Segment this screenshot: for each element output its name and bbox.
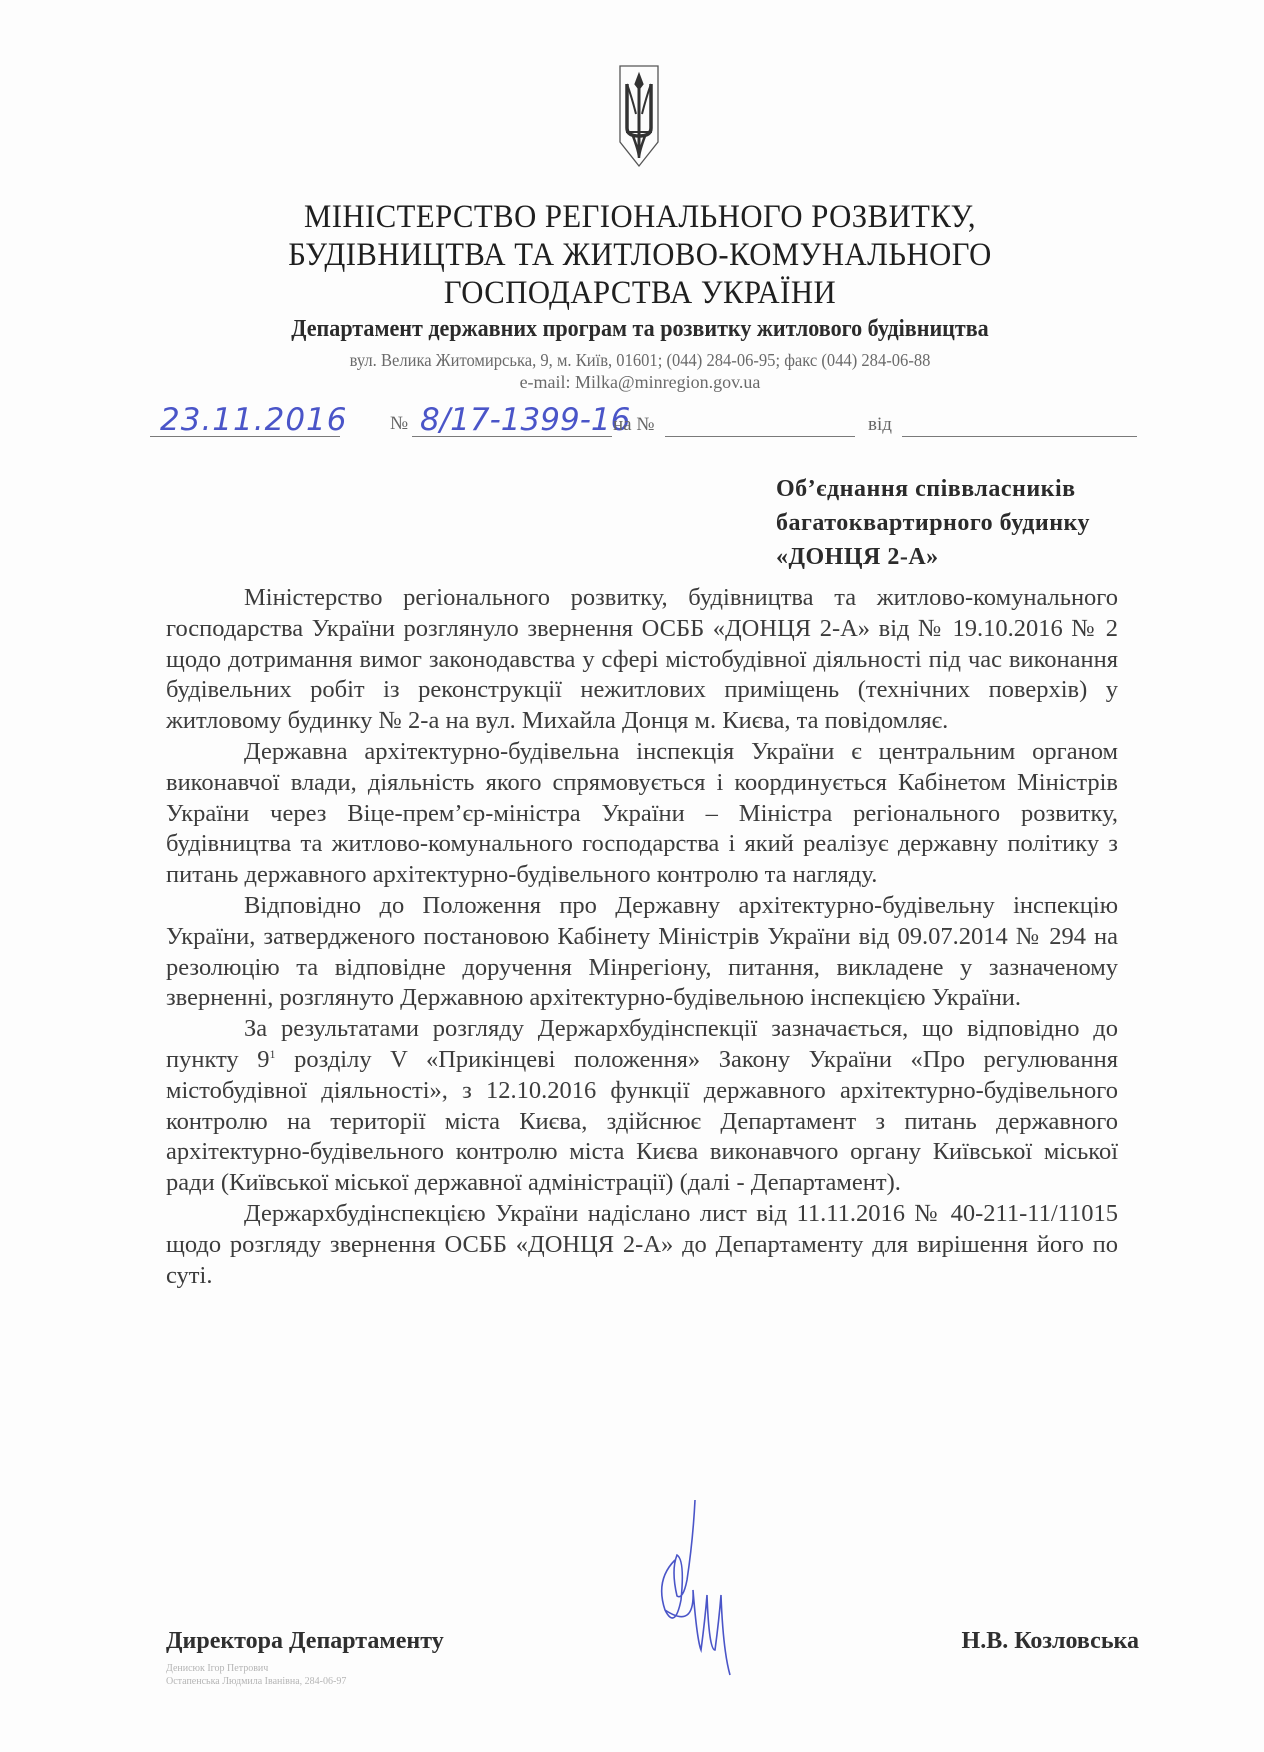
department-name: Департамент державних програм та розвитк… — [189, 316, 1091, 343]
number-label: № — [390, 413, 408, 435]
ministry-title-line-2: БУДІВНИЦТВА ТА ЖИТЛОВО-КОМУНАЛЬНОГО — [184, 236, 1095, 274]
ministry-address: вул. Велика Житомирська, 9, м. Київ, 016… — [189, 350, 1091, 371]
signatory-name: Н.В. Козловська — [962, 1628, 1139, 1655]
registration-line: 23.11.2016 № 8/17-1399-16 на № від — [150, 402, 1140, 446]
reply-to-underline — [665, 436, 855, 437]
paragraph-1: Міністерство регіонального розвитку, буд… — [166, 583, 1118, 737]
paragraph-2: Державна архітектурно-будівельна інспекц… — [166, 737, 1118, 891]
signatory-title: Директора Департаменту — [166, 1628, 444, 1655]
addressee-line-1: Об’єднання співвласників — [776, 472, 1090, 506]
ministry-title-line-1: МІНІСТЕРСТВО РЕГІОНАЛЬНОГО РОЗВИТКУ, — [184, 198, 1095, 236]
from-underline — [902, 436, 1137, 437]
handwritten-signature-icon — [635, 1500, 775, 1680]
registration-number: 8/17-1399-16 — [420, 402, 630, 438]
executor-line-2: Остапенська Людмила Іванівна, 284-06-97 — [166, 1675, 346, 1688]
letter-body: Міністерство регіонального розвитку, буд… — [166, 583, 1118, 1291]
from-label: від — [868, 414, 892, 436]
paragraph-5: Держархбудінспекцією України надіслано л… — [166, 1199, 1118, 1291]
ministry-email: e-mail: Milka@minregion.gov.ua — [150, 372, 1130, 393]
executor-line-1: Денисюк Ігор Петрович — [166, 1662, 346, 1675]
addressee-block: Об’єднання співвласників багатоквартирно… — [776, 472, 1090, 574]
ministry-title: МІНІСТЕРСТВО РЕГІОНАЛЬНОГО РОЗВИТКУ, БУД… — [184, 198, 1095, 312]
addressee-line-2: багатоквартирного будинку — [776, 506, 1090, 540]
registration-date: 23.11.2016 — [160, 402, 348, 438]
paragraph-3: Відповідно до Положення про Державну арх… — [166, 891, 1118, 1014]
trident-coat-of-arms-icon — [618, 62, 660, 170]
reply-to-label: на № — [613, 414, 654, 436]
executor-footer: Денисюк Ігор Петрович Остапенська Людмил… — [166, 1662, 346, 1688]
date-underline — [150, 436, 340, 437]
ministry-title-line-3: ГОСПОДАРСТВА УКРАЇНИ — [184, 274, 1095, 312]
paragraph-4: За результатами розгляду Держархбудінспе… — [166, 1014, 1118, 1199]
number-underline — [412, 436, 612, 437]
paragraph-4-end: розділу V «Прикінцеві положення» Закону … — [166, 1046, 1118, 1196]
letter-page: МІНІСТЕРСТВО РЕГІОНАЛЬНОГО РОЗВИТКУ, БУД… — [0, 0, 1264, 1752]
addressee-line-3: «ДОНЦЯ 2-А» — [776, 540, 1090, 574]
